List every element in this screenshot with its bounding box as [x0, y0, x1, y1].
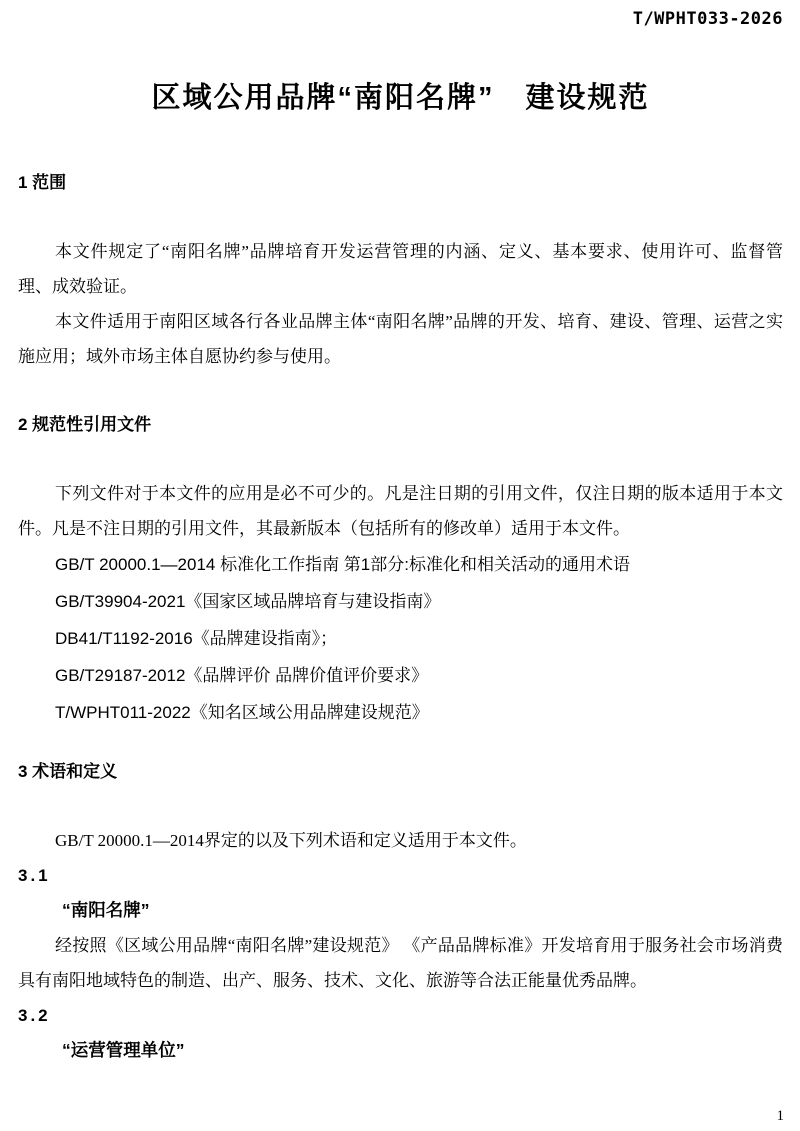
reference-item: GB/T29187-2012《品牌评价 品牌价值评价要求》 — [18, 657, 783, 694]
term-definition: 经按照《区域公用品牌“南阳名牌”建设规范》 《产品品牌标准》开发培育用于服务社会… — [18, 928, 783, 998]
standard-code: T/WPHT033-2026 — [18, 0, 783, 30]
section-2-intro: 下列文件对于本文件的应用是必不可少的。凡是注日期的引用文件，仅注日期的版本适用于… — [18, 476, 783, 546]
page-number: 1 — [777, 1108, 785, 1125]
term-number: 3.1 — [18, 858, 783, 893]
section-3-heading: 3 术语和定义 — [18, 761, 783, 783]
section-3-intro: GB/T 20000.1—2014界定的以及下列术语和定义适用于本文件。 — [18, 823, 783, 858]
reference-item: GB/T39904-2021《国家区域品牌培育与建设指南》 — [18, 583, 783, 620]
section-1-heading: 1 范围 — [18, 172, 783, 194]
term-name: “运营管理单位” — [18, 1033, 783, 1068]
term-number: 3.2 — [18, 998, 783, 1033]
section-1-paragraph-2: 本文件适用于南阳区域各行各业品牌主体“南阳名牌”品牌的开发、培育、建设、管理、运… — [18, 304, 783, 374]
document-title: 区域公用品牌“南阳名牌” 建设规范 — [18, 78, 783, 118]
reference-item: T/WPHT011-2022《知名区域公用品牌建设规范》 — [18, 694, 783, 731]
section-1-paragraph-1: 本文件规定了“南阳名牌”品牌培育开发运营管理的内涵、定义、基本要求、使用许可、监… — [18, 234, 783, 304]
reference-item: GB/T 20000.1—2014 标准化工作指南 第1部分:标准化和相关活动的… — [18, 546, 783, 583]
section-2-heading: 2 规范性引用文件 — [18, 414, 783, 436]
reference-item: DB41/T1192-2016《品牌建设指南》； — [18, 620, 783, 657]
document-page: T/WPHT033-2026 区域公用品牌“南阳名牌” 建设规范 1 范围 本文… — [0, 0, 800, 1131]
term-name: “南阳名牌” — [18, 893, 783, 928]
